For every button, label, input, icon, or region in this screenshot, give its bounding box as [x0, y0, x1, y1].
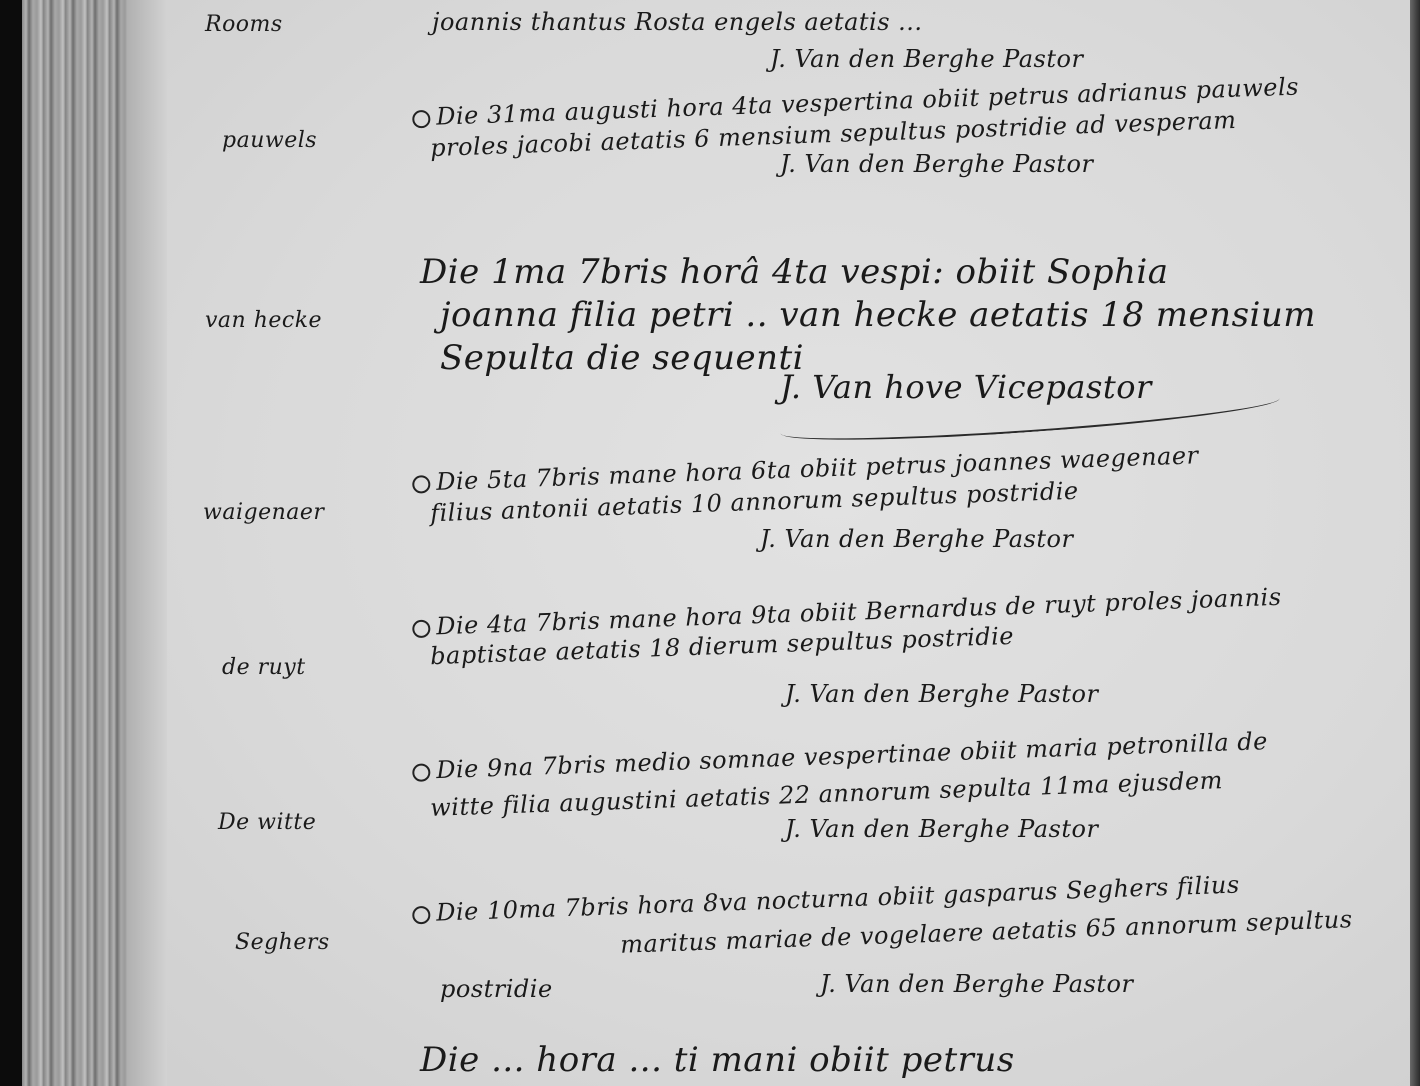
- pastor-signature: J. Van den Berghe Pastor: [785, 680, 1098, 708]
- entry-line: Sepulta die sequenti: [440, 338, 804, 378]
- pastor-signature: J. Van den Berghe Pastor: [770, 45, 1083, 73]
- entry-line-partial: Die ... hora ... ti mani obiit petrus: [420, 1040, 1015, 1080]
- margin-name-van-hecke: van hecke: [205, 308, 322, 333]
- entry-line: postridie: [440, 975, 553, 1003]
- margin-name-seghers: Seghers: [235, 930, 330, 955]
- entry-circle-mark: [412, 109, 431, 128]
- book-gutter-page-stack: [22, 0, 127, 1086]
- entry-circle-mark: [412, 905, 431, 924]
- entry-line: joannis thantus Rosta engels aetatis ...: [432, 8, 923, 36]
- margin-name-de-witte: De witte: [218, 810, 316, 835]
- entry-line: Die 1ma 7bris horâ 4ta vespi: obiit Soph…: [420, 252, 1169, 292]
- pastor-signature: J. Van den Berghe Pastor: [785, 815, 1098, 843]
- scan-black-edge: [0, 0, 22, 1086]
- pastor-signature: J. Van den Berghe Pastor: [760, 525, 1073, 553]
- margin-name-de-ruyt: de ruyt: [222, 655, 306, 680]
- entry-circle-mark: [412, 763, 431, 782]
- margin-name-rooms: Rooms: [205, 12, 283, 37]
- gutter-shadow: [127, 0, 167, 1086]
- pastor-signature: J. Van den Berghe Pastor: [820, 970, 1133, 998]
- margin-name-waigenaer: waigenaer: [203, 500, 324, 525]
- entry-circle-mark: [412, 475, 431, 494]
- margin-name-pauwels: pauwels: [222, 128, 317, 153]
- page-right-edge: [1410, 0, 1420, 1086]
- pastor-signature: J. Van den Berghe Pastor: [780, 150, 1093, 178]
- entry-line: joanna filia petri .. van hecke aetatis …: [440, 295, 1316, 335]
- entry-circle-mark: [412, 619, 431, 638]
